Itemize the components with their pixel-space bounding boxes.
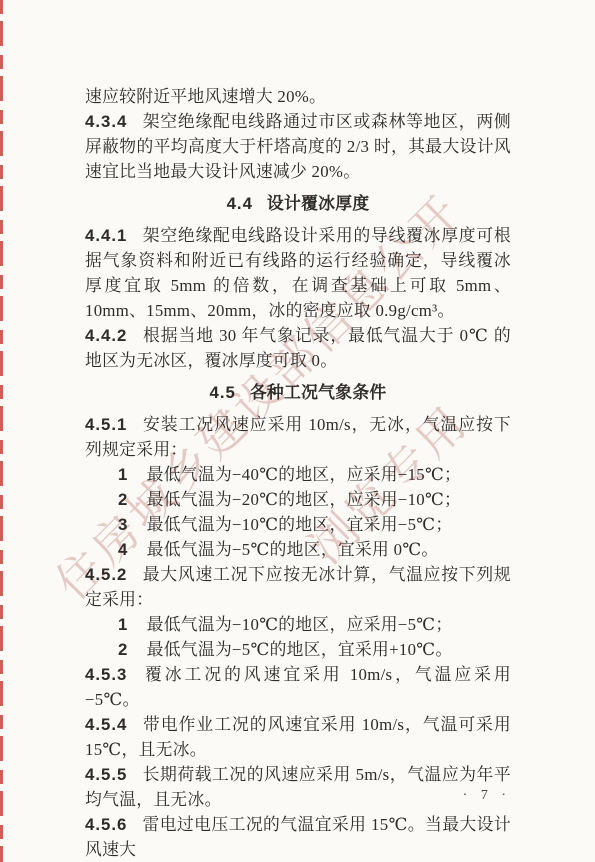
clause-paragraph: 4.5.5长期荷载工况的风速应采用 5m/s，气温应为年平均气温，且无冰。	[85, 762, 511, 812]
item-number: 4	[118, 540, 128, 559]
clause-number: 4.3.4	[85, 112, 127, 131]
text-run: 架空绝缘配电线路设计采用的导线覆冰厚度可根据气象资料和附近已有线路的运行经验确定…	[85, 226, 511, 320]
list-item: 2最低气温为−5℃的地区，宜采用+10℃。	[85, 637, 511, 662]
clause-number: 4.4.1	[85, 226, 127, 245]
text-run: 最低气温为−20℃的地区，应采用−10℃；	[147, 490, 462, 509]
section-heading: 4.4设计覆冰厚度	[85, 191, 511, 216]
item-number: 2	[118, 640, 128, 659]
item-number: 1	[118, 465, 128, 484]
text-run: 覆冰工况的风速宜采用 10m/s，气温应采用−5℃。	[85, 665, 511, 709]
clause-number: 4.5.3	[85, 665, 127, 684]
clause-paragraph: 4.4.2根据当地 30 年气象记录，最低气温大于 0℃ 的地区为无冰区，覆冰厚…	[85, 323, 511, 373]
clause-paragraph: 4.5.4带电作业工况的风速宜采用 10m/s，气温可采用 15℃，且无冰。	[85, 712, 511, 762]
clause-number: 4.5.1	[85, 415, 127, 434]
list-item: 1最低气温为−10℃的地区，应采用−5℃；	[85, 612, 511, 637]
item-number: 3	[118, 515, 128, 534]
item-number: 1	[118, 615, 128, 634]
clause-number: 4.5.4	[85, 715, 127, 734]
text-run: 带电作业工况的风速宜采用 10m/s，气温可采用 15℃，且无冰。	[85, 715, 511, 759]
clause-paragraph: 4.5.1安装工况风速应采用 10m/s，无冰，气温应按下列规定采用：	[85, 412, 511, 462]
section-number: 4.5	[210, 383, 236, 402]
text-run: 安装工况风速应采用 10m/s，无冰，气温应按下列规定采用：	[85, 415, 511, 459]
clause-paragraph: 4.5.6雷电过电压工况的气温宜采用 15℃。当最大设计风速大	[85, 812, 511, 862]
section-number: 4.4	[227, 194, 253, 213]
text-run: 最低气温为−40℃的地区，应采用−15℃；	[147, 465, 462, 484]
clause-paragraph: 4.3.4架空绝缘配电线路通过市区或森林等地区，两侧屏蔽物的平均高度大于杆塔高度…	[85, 109, 511, 184]
text-run: 根据当地 30 年气象记录，最低气温大于 0℃ 的地区为无冰区，覆冰厚度可取 0…	[85, 326, 511, 370]
list-item: 2最低气温为−20℃的地区，应采用−10℃；	[85, 487, 511, 512]
text-run: 最大风速工况下应按无冰计算，气温应按下列规定采用：	[85, 565, 511, 609]
list-item: 1最低气温为−40℃的地区，应采用−15℃；	[85, 462, 511, 487]
section-title: 各种工况气象条件	[250, 383, 387, 402]
document-page: 住房城乡建设部信息公开 浏览专用 速应较附近平地风速增大 20%。4.3.4架空…	[0, 0, 595, 862]
text-run: 最低气温为−10℃的地区，应采用−5℃；	[147, 615, 453, 634]
clause-paragraph: 4.5.2最大风速工况下应按无冰计算，气温应按下列规定采用：	[85, 562, 511, 612]
section-heading: 4.5各种工况气象条件	[85, 380, 511, 405]
text-run: 最低气温为−10℃的地区，宜采用−5℃；	[147, 515, 453, 534]
scan-edge-artifact	[0, 0, 3, 862]
page-number: · 7 ·	[463, 788, 511, 804]
text-run: 雷电过电压工况的气温宜采用 15℃。当最大设计风速大	[85, 815, 511, 859]
clause-paragraph: 4.5.3覆冰工况的风速宜采用 10m/s，气温应采用−5℃。	[85, 662, 511, 712]
clause-number: 4.5.6	[85, 815, 127, 834]
continued-paragraph: 速应较附近平地风速增大 20%。	[85, 84, 511, 109]
item-number: 2	[118, 490, 128, 509]
clause-number: 4.5.5	[85, 765, 127, 784]
text-run: 最低气温为−5℃的地区，宜采用+10℃。	[147, 640, 453, 659]
list-item: 3最低气温为−10℃的地区，宜采用−5℃；	[85, 512, 511, 537]
page-content: 速应较附近平地风速增大 20%。4.3.4架空绝缘配电线路通过市区或森林等地区，…	[85, 84, 511, 862]
clause-number: 4.5.2	[85, 565, 127, 584]
clause-paragraph: 4.4.1架空绝缘配电线路设计采用的导线覆冰厚度可根据气象资料和附近已有线路的运…	[85, 223, 511, 323]
section-title: 设计覆冰厚度	[267, 194, 370, 213]
text-run: 长期荷载工况的风速应采用 5m/s，气温应为年平均气温，且无冰。	[85, 765, 511, 809]
clause-number: 4.4.2	[85, 326, 127, 345]
text-run: 速应较附近平地风速增大 20%。	[85, 87, 326, 106]
text-run: 最低气温为−5℃的地区，宜采用 0℃。	[147, 540, 439, 559]
list-item: 4最低气温为−5℃的地区，宜采用 0℃。	[85, 537, 511, 562]
text-run: 架空绝缘配电线路通过市区或森林等地区，两侧屏蔽物的平均高度大于杆塔高度的 2/3…	[85, 112, 511, 181]
